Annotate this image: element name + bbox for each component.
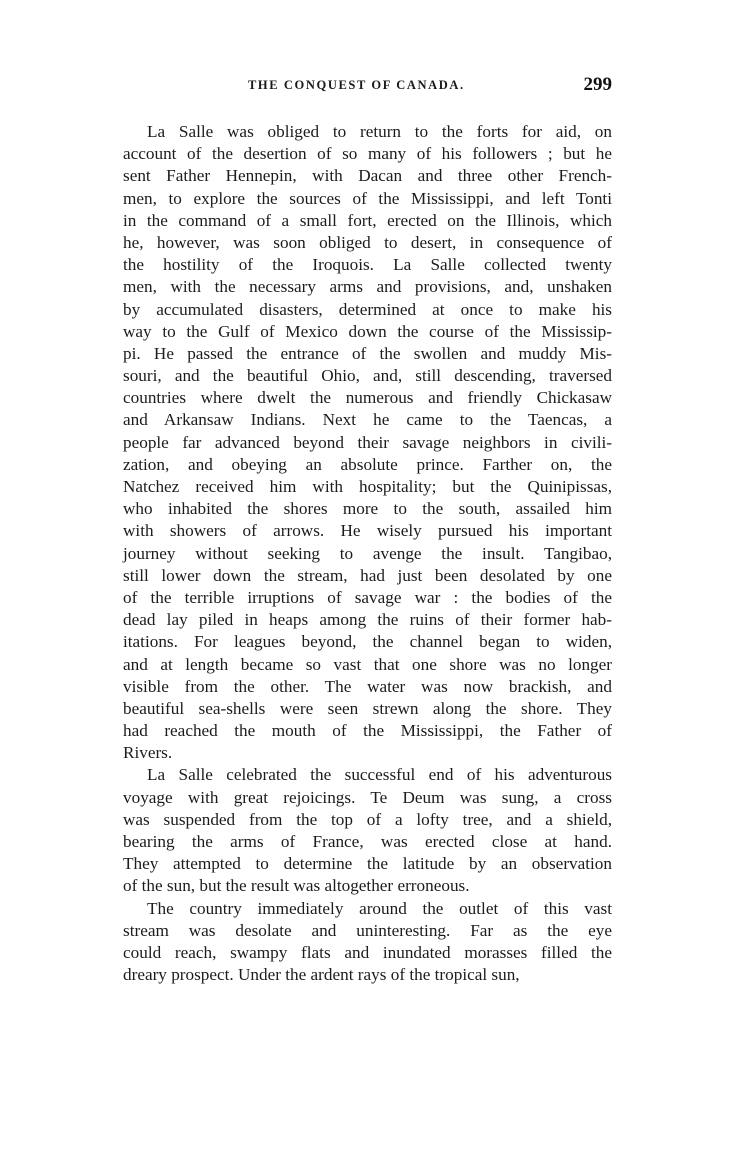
running-title: THE CONQUEST OF CANADA. [248,78,465,93]
book-page: THE CONQUEST OF CANADA. 299 La Salle was… [0,0,744,1162]
text-line: journey without seeking to avenge the in… [123,543,612,565]
text-line: could reach, swampy flats and inundated … [123,942,612,964]
paragraph: The country immediately around the outle… [123,898,612,987]
text-line: stream was desolate and uninteresting. F… [123,920,612,942]
text-line: sent Father Hennepin, with Dacan and thr… [123,165,612,187]
text-line: dead lay piled in heaps among the ruins … [123,609,612,631]
text-line: itations. For leagues beyond, the channe… [123,631,612,653]
body-text: La Salle was obliged to return to the fo… [123,121,612,986]
text-line: voyage with great rejoicings. Te Deum wa… [123,787,612,809]
paragraph: La Salle celebrated the successful end o… [123,764,612,897]
text-line: countries where dwelt the numerous and f… [123,387,612,409]
text-line: way to the Gulf of Mexico down the cours… [123,321,612,343]
paragraph: La Salle was obliged to return to the fo… [123,121,612,764]
text-line: and at length became so vast that one sh… [123,654,612,676]
text-line: men, to explore the sources of the Missi… [123,188,612,210]
text-line: with showers of arrows. He wisely pursue… [123,520,612,542]
page-number: 299 [584,74,613,96]
text-line: La Salle celebrated the successful end o… [123,764,612,786]
text-line: and Arkansaw Indians. Next he came to th… [123,409,612,431]
text-line: men, with the necessary arms and provisi… [123,276,612,298]
text-line: who inhabited the shores more to the sou… [123,498,612,520]
text-line: in the command of a small fort, erected … [123,210,612,232]
text-line: visible from the other. The water was no… [123,676,612,698]
text-line: of the terrible irruptions of savage war… [123,587,612,609]
text-line: of the sun, but the result was altogethe… [123,875,612,897]
text-line: the hostility of the Iroquois. La Salle … [123,254,612,276]
text-line: The country immediately around the outle… [123,898,612,920]
text-line: had reached the mouth of the Mississippi… [123,720,612,742]
running-head: THE CONQUEST OF CANADA. 299 [123,74,612,98]
text-line: pi. He passed the entrance of the swolle… [123,343,612,365]
text-line: beautiful sea-shells were seen strewn al… [123,698,612,720]
text-line: he, however, was soon obliged to desert,… [123,232,612,254]
text-line: souri, and the beautiful Ohio, and, stil… [123,365,612,387]
text-line: still lower down the stream, had just be… [123,565,612,587]
text-line: by accumulated disasters, determined at … [123,299,612,321]
text-line: bearing the arms of France, was erected … [123,831,612,853]
text-line: dreary prospect. Under the ardent rays o… [123,964,612,986]
text-line: zation, and obeying an absolute prince. … [123,454,612,476]
text-line: account of the desertion of so many of h… [123,143,612,165]
text-line: Rivers. [123,742,612,764]
text-line: La Salle was obliged to return to the fo… [123,121,612,143]
text-line: Natchez received him with hospitality; b… [123,476,612,498]
text-line: They attempted to determine the latitude… [123,853,612,875]
text-line: was suspended from the top of a lofty tr… [123,809,612,831]
text-line: people far advanced beyond their savage … [123,432,612,454]
